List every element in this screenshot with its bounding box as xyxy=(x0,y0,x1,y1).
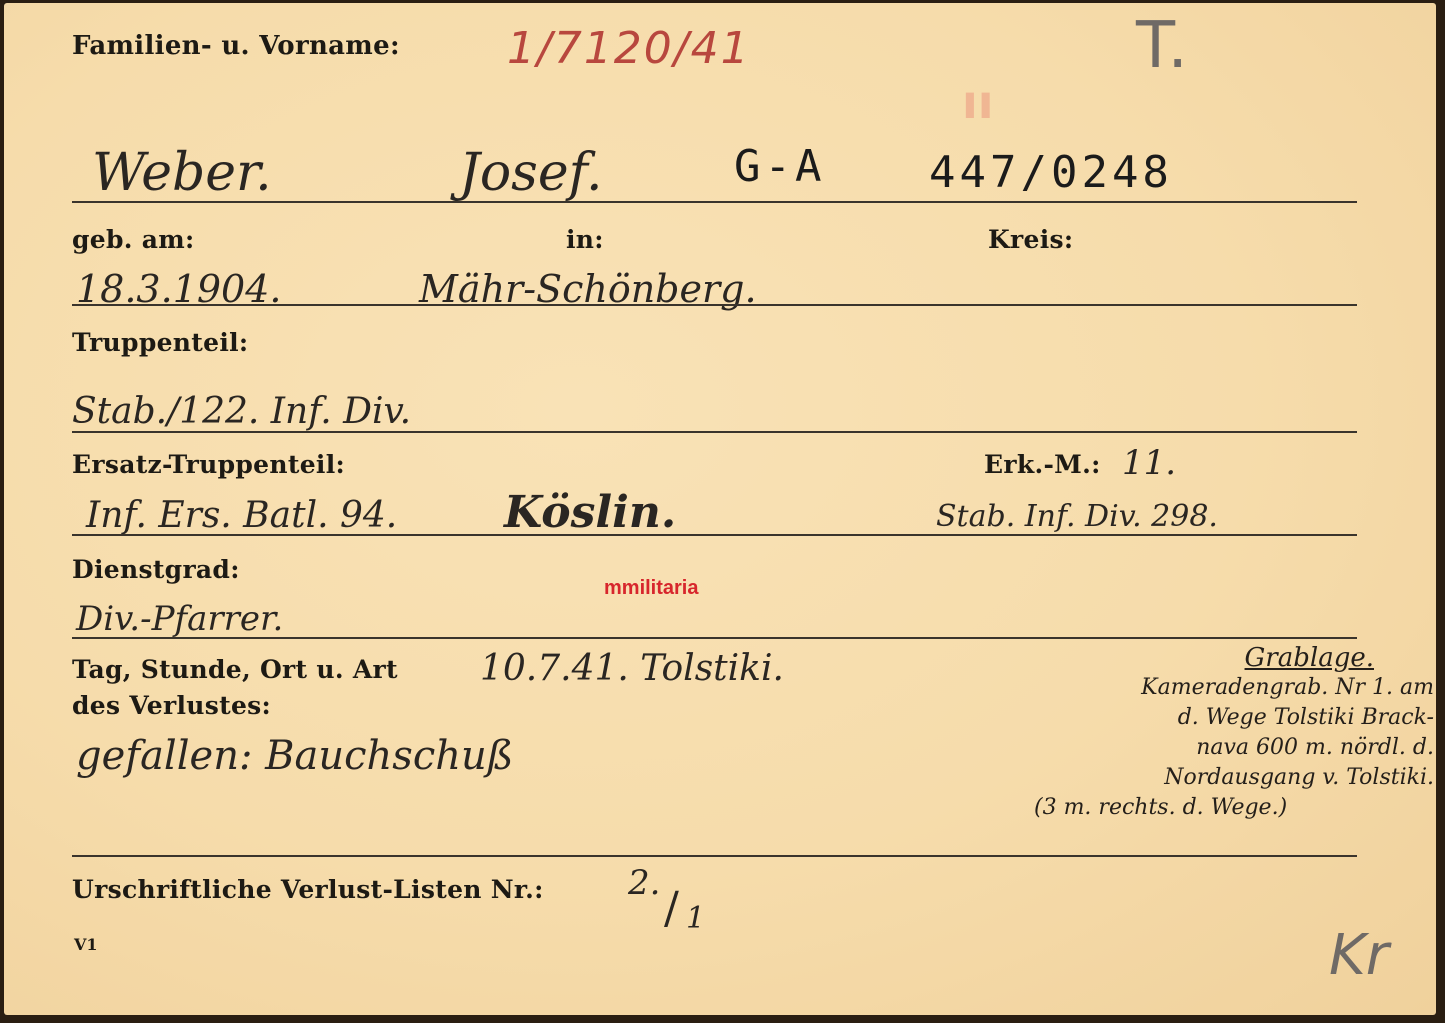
divider-line xyxy=(72,534,1357,536)
label-loss-line1: Tag, Stunde, Ort u. Art xyxy=(72,655,398,684)
label-born-on: geb. am: xyxy=(72,225,195,254)
first-name-value: Josef. xyxy=(459,143,603,203)
loss-list-slash: / xyxy=(664,883,679,934)
corner-pencil-mark: T. xyxy=(1136,9,1188,83)
form-code: V1 xyxy=(74,935,98,954)
typed-code-number: 447/0248 xyxy=(929,147,1173,198)
divider-line xyxy=(72,304,1357,306)
typed-code-prefix: G-A xyxy=(734,141,825,192)
label-rank: Dienstgrad: xyxy=(72,555,240,584)
label-id-tag: Erk.-M.: xyxy=(984,450,1101,479)
burial-note-line: Nordausgang v. Tolstiki. xyxy=(1024,763,1434,793)
label-loss-line2: des Verlustes: xyxy=(72,691,271,720)
pencil-initials: Kr xyxy=(1329,923,1389,988)
loss-list-sub-value: 1 xyxy=(686,901,705,936)
reference-number-red: 1/7120/41 xyxy=(507,23,751,74)
loss-list-number-value: 2. xyxy=(628,863,660,903)
watermark-text: mmilitaria xyxy=(604,577,698,600)
burial-note-line: d. Wege Tolstiki Brack- xyxy=(1024,703,1434,733)
faded-red-stamp-mark: ıı xyxy=(962,75,994,129)
label-district: Kreis: xyxy=(988,225,1073,254)
burial-note-line: (3 m. rechts. d. Wege.) xyxy=(1034,793,1434,823)
replacement-unit-value: Inf. Ers. Batl. 94. xyxy=(86,495,397,536)
label-unit: Truppenteil: xyxy=(72,328,248,357)
burial-note-line: Kameradengrab. Nr 1. am xyxy=(1024,673,1434,703)
id-tag-number-value: 11. xyxy=(1122,443,1176,483)
label-born-in: in: xyxy=(566,225,604,254)
divider-line xyxy=(72,855,1357,857)
divider-line xyxy=(72,431,1357,433)
replacement-location-value: Köslin. xyxy=(504,487,676,538)
loss-date-place-value: 10.7.41. Tolstiki. xyxy=(480,648,784,689)
divider-line xyxy=(72,637,1357,639)
burial-note: Grablage. Kameradengrab. Nr 1. am d. Weg… xyxy=(1024,643,1434,823)
label-name: Familien- u. Vorname: xyxy=(72,31,400,61)
unit-value: Stab./122. Inf. Div. xyxy=(72,391,411,432)
label-loss-list: Urschriftliche Verlust-Listen Nr.: xyxy=(72,875,544,904)
divider-line xyxy=(72,201,1357,203)
rank-value: Div.-Pfarrer. xyxy=(76,599,283,639)
burial-note-title: Grablage. xyxy=(1024,643,1374,673)
surname-value: Weber. xyxy=(92,143,272,203)
burial-note-line: nava 600 m. nördl. d. xyxy=(1024,733,1434,763)
loss-type-value: gefallen: Bauchschuß xyxy=(76,733,513,779)
id-tag-unit-value: Stab. Inf. Div. 298. xyxy=(936,499,1218,534)
casualty-record-card: Familien- u. Vorname: 1/7120/41 T. ıı We… xyxy=(4,3,1436,1015)
label-replacement-unit: Ersatz-Truppenteil: xyxy=(72,450,345,479)
